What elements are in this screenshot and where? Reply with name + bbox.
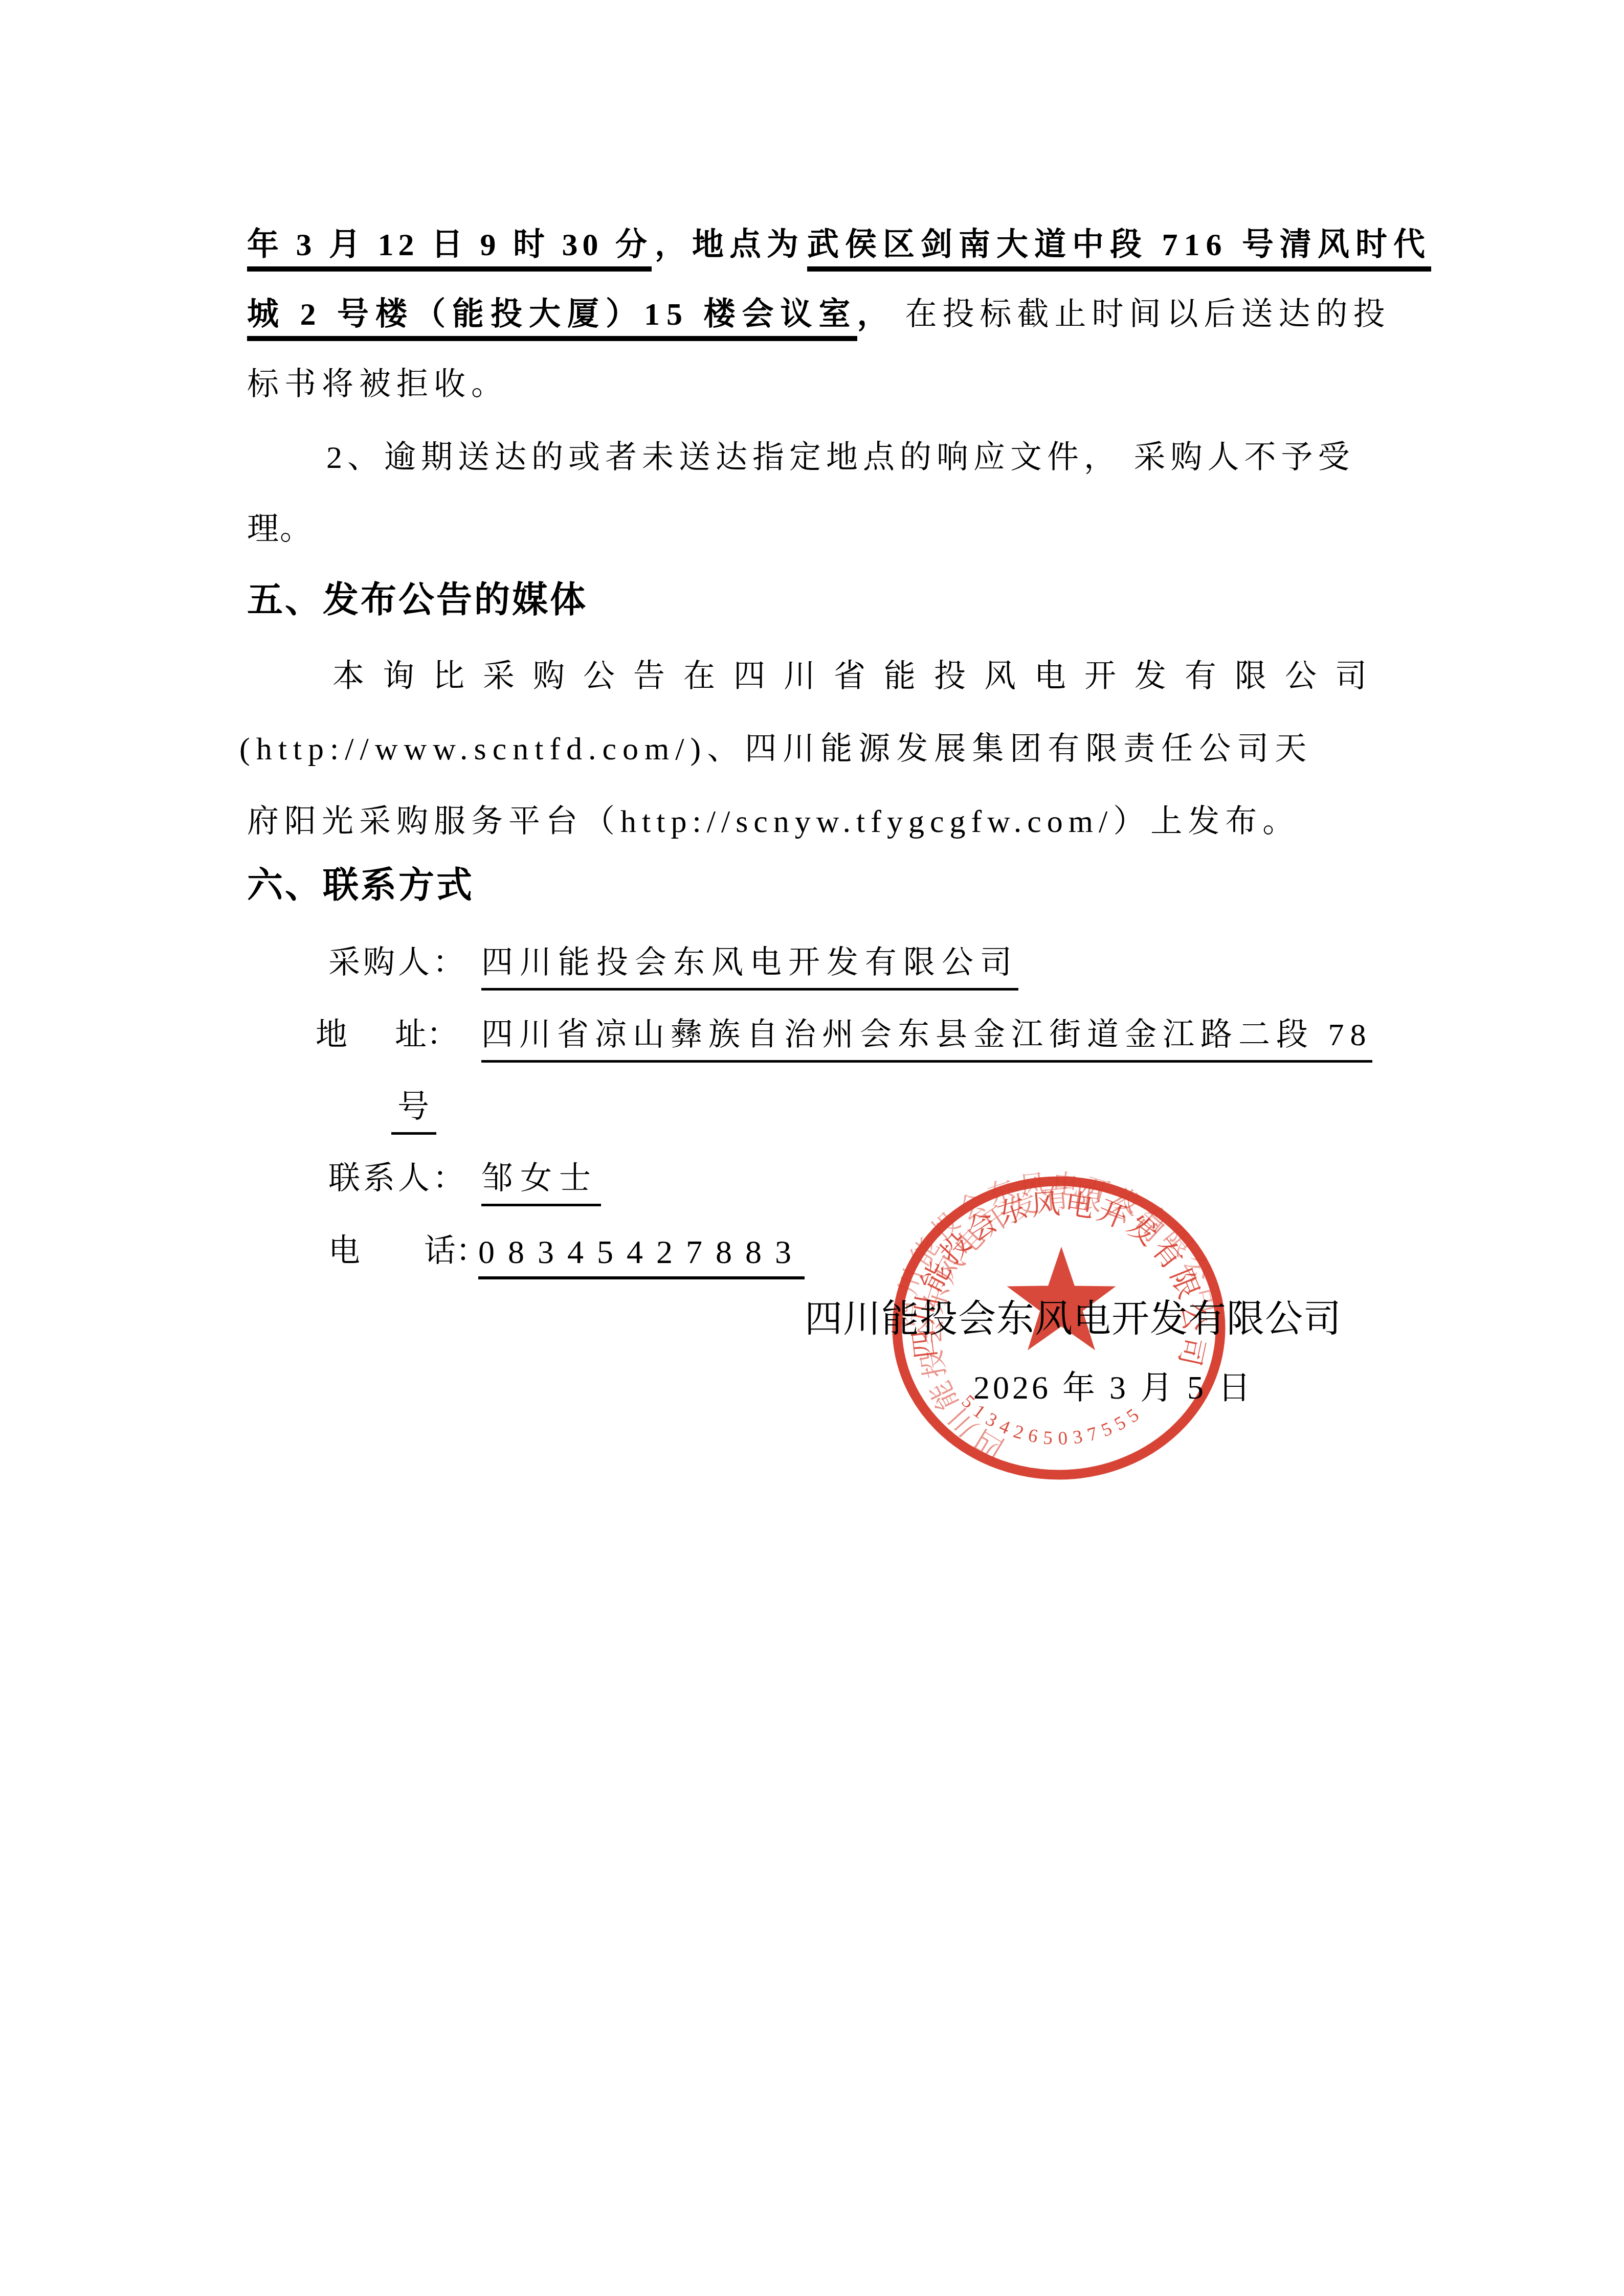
address-value-underlined: 四川省凉山彝族自治州会东县金江街道金江路二段 78 [481, 1017, 1372, 1063]
announcement-media-line: 本询比采购公告在四川省能投风电开发有限公司 [332, 659, 1385, 695]
address-label-char1: 地 [316, 1017, 347, 1054]
address-value-2-underlined: 号 [391, 1089, 436, 1135]
buyer-value-row: 四川能投会东风电开发有限公司 [481, 945, 1018, 991]
phone-value-underlined: 08345427883 [478, 1233, 805, 1279]
address-label-rest: 址： [395, 1017, 458, 1054]
deadline-line-1: 年 3 月 12 日 9 时 30 分，地点为武侯区剑南大道中段 716 号清风… [247, 227, 1431, 272]
address-value-row: 四川省凉山彝族自治州会东县金江街道金江路二段 78 [481, 1017, 1372, 1063]
overdue-clause-continuation: 理。 [247, 511, 313, 548]
deadline-connector-text: ，地点为 [655, 228, 804, 262]
contact-person-label: 联系人： [328, 1161, 468, 1198]
buyer-label: 采购人： [328, 945, 468, 982]
deadline-line-2: 城 2 号楼（能投大厦）15 楼会议室，在投标截止时间以后送达的投 [247, 297, 1391, 341]
document-page: 四川能投会东风电开发有限公司 四川能投会东风电开发有限公司 四川能投会东风电开发… [0, 0, 1624, 2296]
phone-value-row: 08345427883 [478, 1233, 805, 1279]
comma-text: ， [857, 297, 889, 332]
tfygcgfw-url-line: 府阳光采购服务平台（http://scnyw.tfygcgfw.com/）上发布… [247, 804, 1300, 841]
signature-company: 四川能投会东风电开发有限公司 [805, 1289, 1342, 1343]
section-6-heading: 六、联系方式 [247, 865, 474, 907]
rejected-bids-line: 标书将被拒收。 [247, 367, 508, 403]
contact-person-value-row: 邹女士 [481, 1161, 601, 1206]
late-delivery-text: 在投标截止时间以后送达的投 [905, 297, 1391, 332]
section-5-heading: 五、发布公告的媒体 [247, 580, 588, 621]
deadline-time-underlined: 年 3 月 12 日 9 时 30 分 [247, 227, 652, 272]
deadline-address-underlined: 武侯区剑南大道中段 716 号清风时代 [807, 227, 1431, 272]
overdue-clause-line: 2、逾期送达的或者未送达指定地点的响应文件， 采购人不予受 [326, 440, 1355, 477]
contact-person-underlined: 邹女士 [481, 1161, 601, 1206]
scntfd-url-line: (http://www.scntfd.com/)、四川能源发展集团有限责任公司天 [239, 731, 1312, 768]
signature-date: 2026 年 3 月 5 日 [973, 1361, 1254, 1408]
phone-label-char1: 电 [328, 1233, 360, 1270]
address-value-row-2: 号 [391, 1089, 436, 1135]
meeting-room-underlined: 城 2 号楼（能投大厦）15 楼会议室 [247, 297, 857, 341]
buyer-value-underlined: 四川能投会东风电开发有限公司 [481, 945, 1018, 991]
